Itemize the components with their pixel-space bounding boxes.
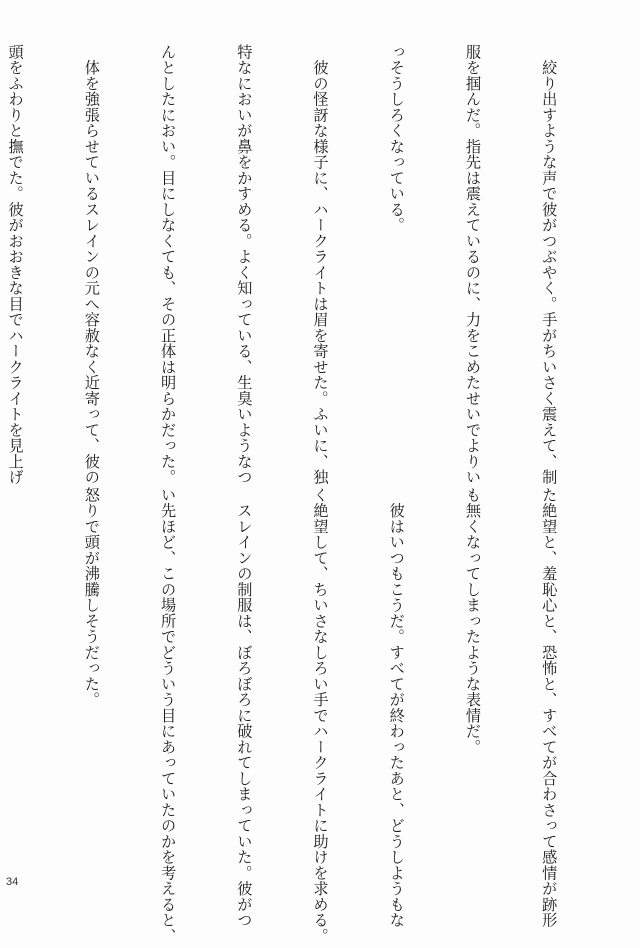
text-column: 頭をふわりと撫でた。彼がおおきな目でハークライトを見上げ xyxy=(2,44,27,454)
text-column: スレインの制服は、ぼろぼろに破れてしまっていた。彼がつ xyxy=(231,487,256,897)
text-column: も無くなってしまったような表情だ。 xyxy=(460,487,485,897)
blank-column xyxy=(2,487,27,897)
text-column: 絞り出すような声で彼がつぶやく。手がちいさく震えて、制 xyxy=(536,44,561,454)
text-column: 体を強張らせているスレインの元へ容赦なく近寄って、彼の xyxy=(78,44,103,454)
text-block-top: 絞り出すような声で彼がつぶやく。手がちいさく震えて、制 服を掴んだ。指先は震えて… xyxy=(0,44,612,454)
text-column: 怒りで頭が沸騰しそうだった。 xyxy=(78,487,103,897)
text-column: 彼の怪訝な様子に、ハークライトは眉を寄せた。ふいに、独 xyxy=(307,44,332,454)
text-column: んとしたにおい。目にしなくても、その正体は明らかだった。 xyxy=(155,44,180,454)
text-column: 彼はいつもこうだ。すべてが終わったあと、どうしようもな xyxy=(383,487,408,897)
book-page: 絞り出すような声で彼がつぶやく。手がちいさく震えて、制 服を掴んだ。指先は震えて… xyxy=(0,0,640,948)
text-column: 服を掴んだ。指先は震えているのに、力をこめたせいでよりい xyxy=(460,44,485,454)
text-block-bottom: た絶望と、羞恥心と、恐怖と、すべてが合わさって感情が跡形 も無くなってしまったよ… xyxy=(0,487,612,897)
text-column: っそうしろくなっている。 xyxy=(383,44,408,454)
text-column: た絶望と、羞恥心と、恐怖と、すべてが合わさって感情が跡形 xyxy=(536,487,561,897)
text-column: く絶望して、ちいさなしろい手でハークライトに助けを求める。 xyxy=(307,487,332,897)
text-column: い先ほど、この場所でどういう目にあっていたのかを考えると、 xyxy=(155,487,180,897)
text-column: 特なにおいが鼻をかすめる。よく知っている、生臭いようなつ xyxy=(231,44,256,454)
page-number: 34 xyxy=(6,876,18,888)
